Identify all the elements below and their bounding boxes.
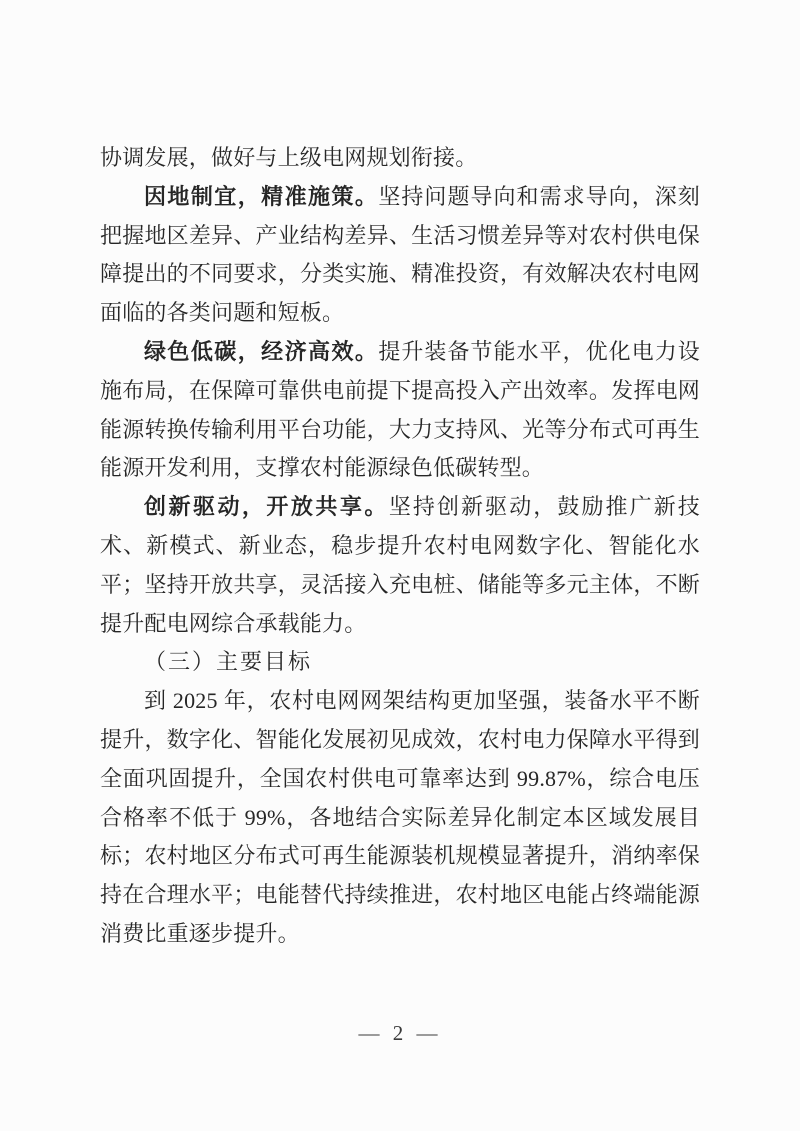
document-body: 协调发展，做好与上级电网规划衔接。 因地制宜，精准施策。坚持问题导向和需求导向，… [100, 139, 700, 954]
paragraph-lead-bold: 因地制宜，精准施策。 [144, 184, 378, 209]
paragraph-principle-2: 绿色低碳，经济高效。提升装备节能水平，优化电力设施布局，在保障可靠供电前提下提高… [100, 333, 700, 488]
paragraph-text: 到 2025 年，农村电网网架结构更加坚强，装备水平不断提升，数字化、智能化发展… [100, 688, 700, 946]
paragraph-continuation: 协调发展，做好与上级电网规划衔接。 [100, 139, 700, 178]
page-number: — 2 — [359, 1021, 442, 1045]
paragraph-lead-bold: 绿色低碳，经济高效。 [144, 339, 378, 364]
paragraph-goals-2025: 到 2025 年，农村电网网架结构更加坚强，装备水平不断提升，数字化、智能化发展… [100, 682, 700, 954]
paragraph-text: 协调发展，做好与上级电网规划衔接。 [100, 145, 477, 170]
paragraph-principle-3: 创新驱动，开放共享。坚持创新驱动，鼓励推广新技术、新模式、新业态，稳步提升农村电… [100, 488, 700, 643]
paragraph-lead-bold: 创新驱动，开放共享。 [144, 494, 389, 519]
page-footer: — 2 — [0, 1018, 800, 1048]
document-page: 协调发展，做好与上级电网规划衔接。 因地制宜，精准施策。坚持问题导向和需求导向，… [0, 0, 800, 1131]
section-heading-main-goals: （三）主要目标 [100, 643, 700, 682]
paragraph-principle-1: 因地制宜，精准施策。坚持问题导向和需求导向，深刻把握地区差异、产业结构差异、生活… [100, 178, 700, 333]
section-heading-text: （三）主要目标 [144, 649, 312, 674]
